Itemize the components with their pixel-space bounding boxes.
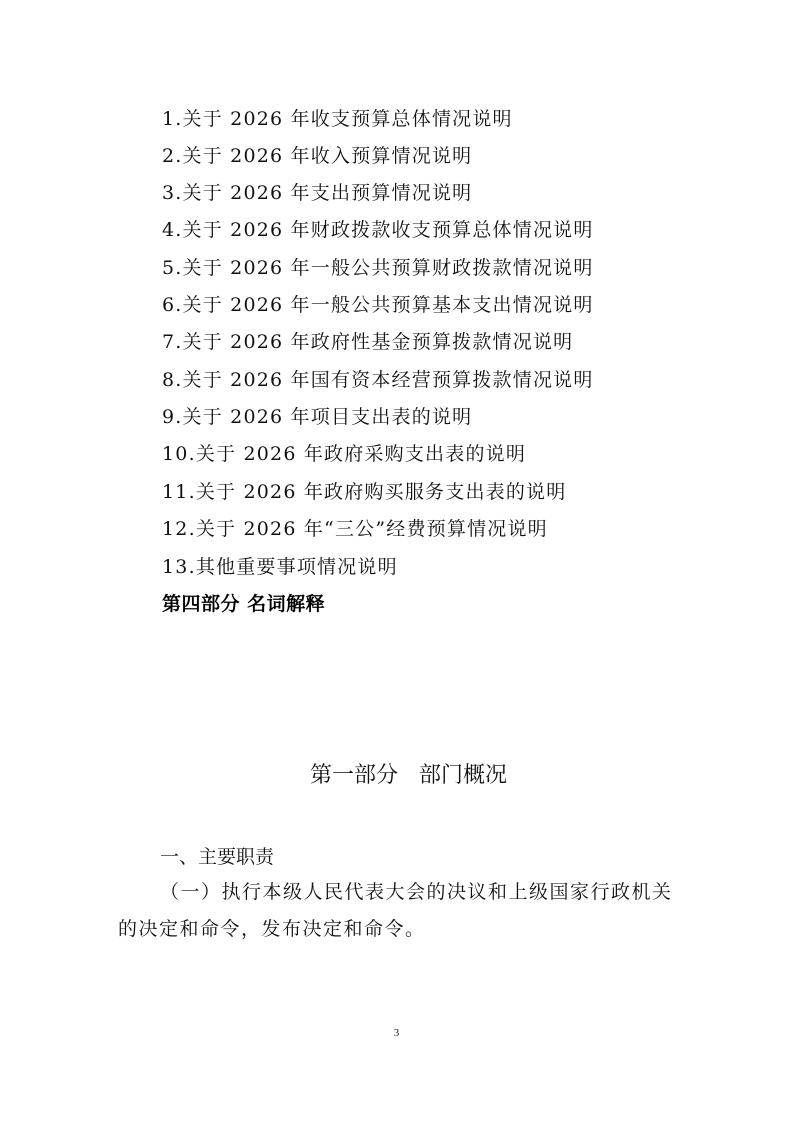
toc-item: 8.关于 2026 年国有资本经营预算拨款情况说明 — [162, 368, 594, 392]
page-number: 3 — [0, 1027, 793, 1039]
toc-item: 1.关于 2026 年收支预算总体情况说明 — [162, 107, 513, 131]
toc-item: 13.其他重要事项情况说明 — [162, 555, 398, 579]
toc-item: 11.关于 2026 年政府购买服务支出表的说明 — [162, 480, 566, 504]
toc-item: 6.关于 2026 年一般公共预算基本支出情况说明 — [162, 293, 594, 317]
document-page: 1.关于 2026 年收支预算总体情况说明 2.关于 2026 年收入预算情况说… — [0, 0, 793, 1122]
toc-item: 12.关于 2026 年“三公”经费预算情况说明 — [162, 517, 548, 541]
toc-item: 10.关于 2026 年政府采购支出表的说明 — [162, 442, 526, 466]
toc-item: 9.关于 2026 年项目支出表的说明 — [162, 405, 472, 429]
toc-item: 3.关于 2026 年支出预算情况说明 — [162, 181, 472, 205]
toc-item: 5.关于 2026 年一般公共预算财政拨款情况说明 — [162, 256, 594, 280]
toc-item: 2.关于 2026 年收入预算情况说明 — [162, 144, 472, 168]
section-heading: 一、主要职责 — [160, 845, 274, 869]
toc-part-four-heading: 第四部分 名词解释 — [162, 592, 325, 616]
toc-item: 4.关于 2026 年财政拨款收支预算总体情况说明 — [162, 218, 594, 242]
toc-item: 7.关于 2026 年政府性基金预算拨款情况说明 — [162, 330, 573, 354]
part-title: 第一部分 部门概况 — [0, 762, 793, 790]
paragraph-line: （一）执行本级人民代表大会的决议和上级国家行政机关 — [160, 880, 740, 904]
paragraph-line: 的决定和命令，发布决定和命令。 — [118, 917, 698, 941]
